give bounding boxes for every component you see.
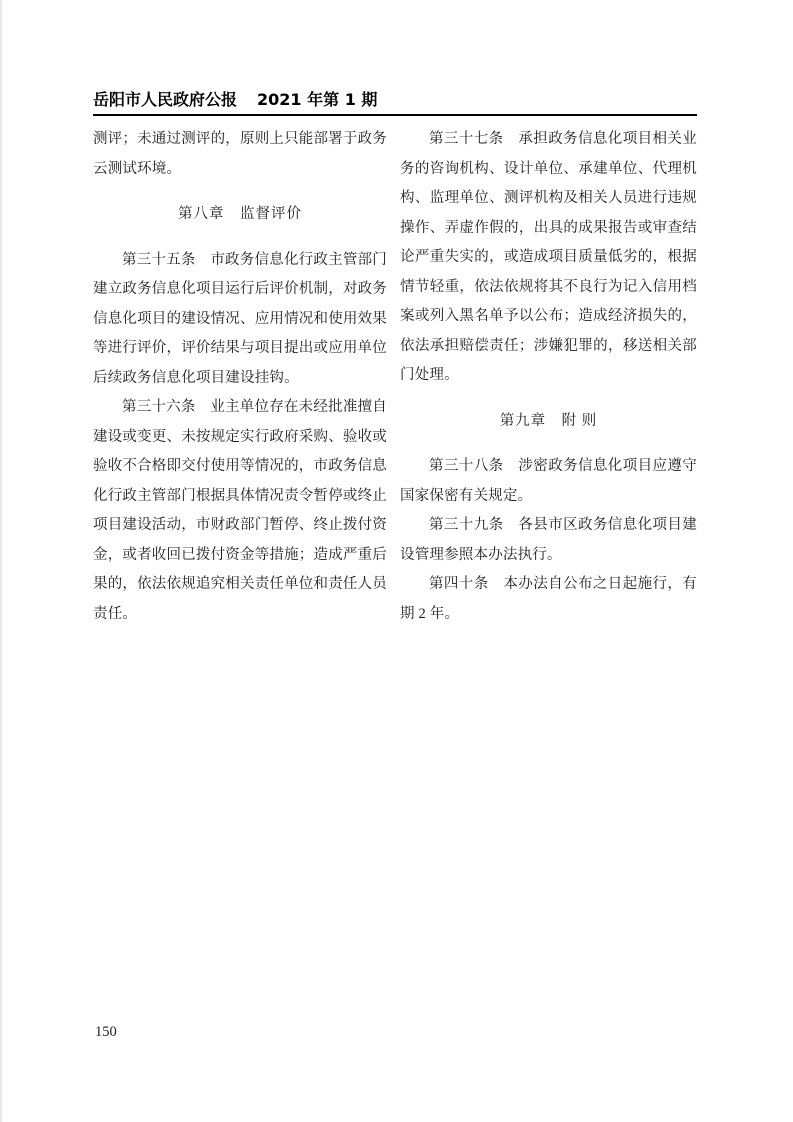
text-line: 验收不合格即交付使用等情况的，市政务信息 bbox=[93, 452, 387, 482]
text-line: 项目建设活动，市财政部门暂停、终止拨付资 bbox=[93, 511, 387, 541]
chapter-heading: 第八章 监督评价 bbox=[93, 200, 387, 230]
text-line: 构、监理单位、测评机构及相关人员进行违规 bbox=[400, 184, 697, 214]
left-column: 测评；未通过测评的，原则上只能部署于政务 云测试环境。 第八章 监督评价 第三十… bbox=[93, 125, 387, 629]
running-header: 岳阳市人民政府公报2021 年第 1 期 bbox=[93, 88, 697, 116]
text-line: 果的，依法依规追究相关责任单位和责任人员 bbox=[93, 570, 387, 600]
page-number: 150 bbox=[95, 1022, 117, 1042]
blank-line bbox=[93, 184, 387, 200]
text-line: 操作、弄虚作假的，出具的成果报告或审查结 bbox=[400, 214, 697, 244]
text-line: 责任。 bbox=[93, 600, 387, 630]
text-line: 建设或变更、未按规定实行政府采购、验收或 bbox=[93, 423, 387, 453]
text-line: 门处理。 bbox=[400, 361, 697, 391]
text-line: 后续政务信息化项目建设挂钩。 bbox=[93, 364, 387, 394]
text-line: 第三十八条 涉密政务信息化项目应遵守 bbox=[400, 452, 697, 482]
text-line: 国家保密有关规定。 bbox=[400, 482, 697, 512]
text-line: 务的咨询机构、设计单位、承建单位、代理机 bbox=[400, 155, 697, 185]
text-line: 化行政主管部门根据具体情况责令暂停或终止 bbox=[93, 482, 387, 512]
blank-line bbox=[93, 230, 387, 246]
text-line: 测评；未通过测评的，原则上只能部署于政务 bbox=[93, 125, 387, 155]
chapter-heading: 第九章 附 则 bbox=[400, 407, 697, 437]
gazette-title: 岳阳市人民政府公报 bbox=[93, 90, 237, 109]
issue-label: 2021 年第 1 期 bbox=[257, 90, 377, 109]
text-line: 设管理参照本办法执行。 bbox=[400, 541, 697, 571]
text-line: 第四十条 本办法自公布之日起施行，有效 bbox=[400, 570, 697, 600]
text-line: 论严重失实的，或造成项目质量低劣的，根据 bbox=[400, 243, 697, 273]
text-line: 期 2 年。 bbox=[400, 600, 697, 630]
text-line: 第三十五条 市政务信息化行政主管部门 bbox=[93, 246, 387, 276]
blank-line bbox=[400, 436, 697, 452]
text-line: 第三十七条 承担政务信息化项目相关业 bbox=[400, 125, 697, 155]
text-line: 案或列入黑名单予以公布；造成经济损失的， bbox=[400, 302, 697, 332]
text-line: 金，或者收回已拨付资金等措施；造成严重后 bbox=[93, 541, 387, 571]
text-line: 情节轻重，依法依规将其不良行为记入信用档 bbox=[400, 273, 697, 303]
scan-edge-artifact bbox=[0, 0, 2, 1122]
gazette-page: 岳阳市人民政府公报2021 年第 1 期 测评；未通过测评的，原则上只能部署于政… bbox=[0, 0, 793, 1122]
text-line: 等进行评价，评价结果与项目提出或应用单位 bbox=[93, 334, 387, 364]
blank-line bbox=[400, 391, 697, 407]
text-line: 第三十九条 各县市区政务信息化项目建 bbox=[400, 511, 697, 541]
text-line: 第三十六条 业主单位存在未经批准擅自 bbox=[93, 393, 387, 423]
text-line: 信息化项目的建设情况、应用情况和使用效果 bbox=[93, 305, 387, 335]
text-line: 依法承担赔偿责任；涉嫌犯罪的，移送相关部 bbox=[400, 332, 697, 362]
text-line: 云测试环境。 bbox=[93, 155, 387, 185]
right-column: 第三十七条 承担政务信息化项目相关业 务的咨询机构、设计单位、承建单位、代理机 … bbox=[400, 125, 697, 629]
text-line: 建立政务信息化项目运行后评价机制，对政务 bbox=[93, 275, 387, 305]
two-column-text-block: 测评；未通过测评的，原则上只能部署于政务 云测试环境。 第八章 监督评价 第三十… bbox=[93, 125, 697, 629]
